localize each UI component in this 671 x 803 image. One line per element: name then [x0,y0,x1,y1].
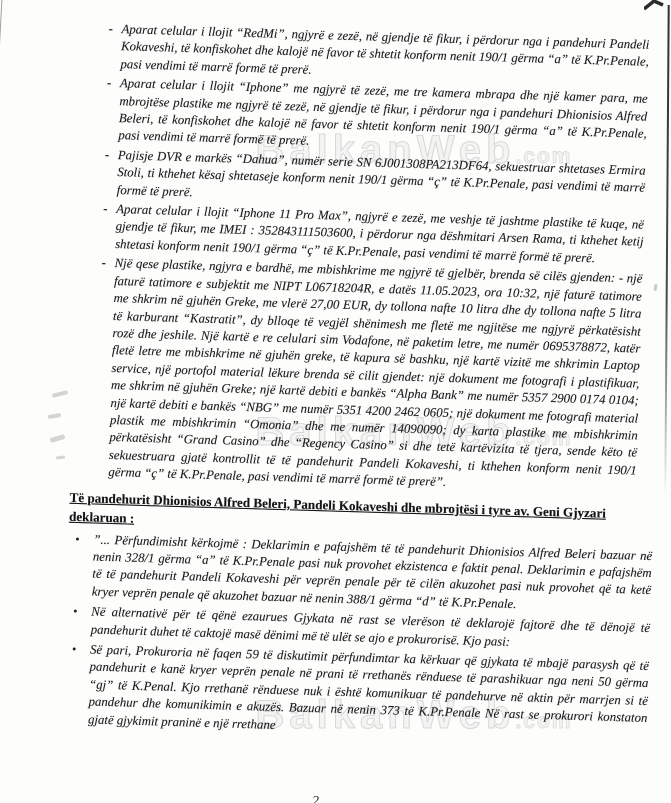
dash-marker: - [103,201,108,219]
paragraph-text: Së pari, Prokuroria në faqen 59 të disku… [88,642,649,731]
bullet-item-acquittal-request: • ”... Përfundimisht kërkojmë : Deklarim… [67,530,653,617]
page-number: 2 [312,794,319,803]
bullet-marker: • [72,641,77,659]
paragraph-text: ”... Përfundimisht kërkojmë : Deklarimin… [92,532,653,611]
dash-marker: - [101,255,106,273]
paragraph-text: Aparat celular i llojit “RedMi”, ngjyrë … [120,22,649,76]
dash-marker: - [107,75,112,93]
document-text-block: - Aparat celular i llojit “RedMi”, ngjyr… [63,14,650,748]
pencil-speck [50,434,66,443]
scan-edge-line-left [0,0,3,417]
bullet-marker: • [75,531,80,549]
list-item-plastic-bag-contents: - Një qese plastike, ngjyra e bardhë, me… [70,254,642,497]
pencil-speck [56,455,65,459]
pencil-speck [52,390,68,398]
scan-edge-line-right [664,5,669,497]
dash-marker: - [108,21,113,39]
paragraph-text: Një qese plastike, ngjyra e bardhë, me m… [108,256,642,489]
pencil-speck [48,413,61,419]
paragraph-text: Aparat celular i llojit “Iphone” me ngjy… [118,76,648,148]
scan-corner-mark [644,0,666,12]
bullet-item-aggravating-circumstance: • Së pari, Prokuroria në faqen 59 të dis… [63,641,649,745]
dash-marker: - [105,147,110,165]
scan-speck [653,284,657,291]
bullet-marker: • [73,603,78,621]
scanned-document-page: BalkanWeb.com BalkanWeb.com BalkanWeb.co… [0,0,671,803]
